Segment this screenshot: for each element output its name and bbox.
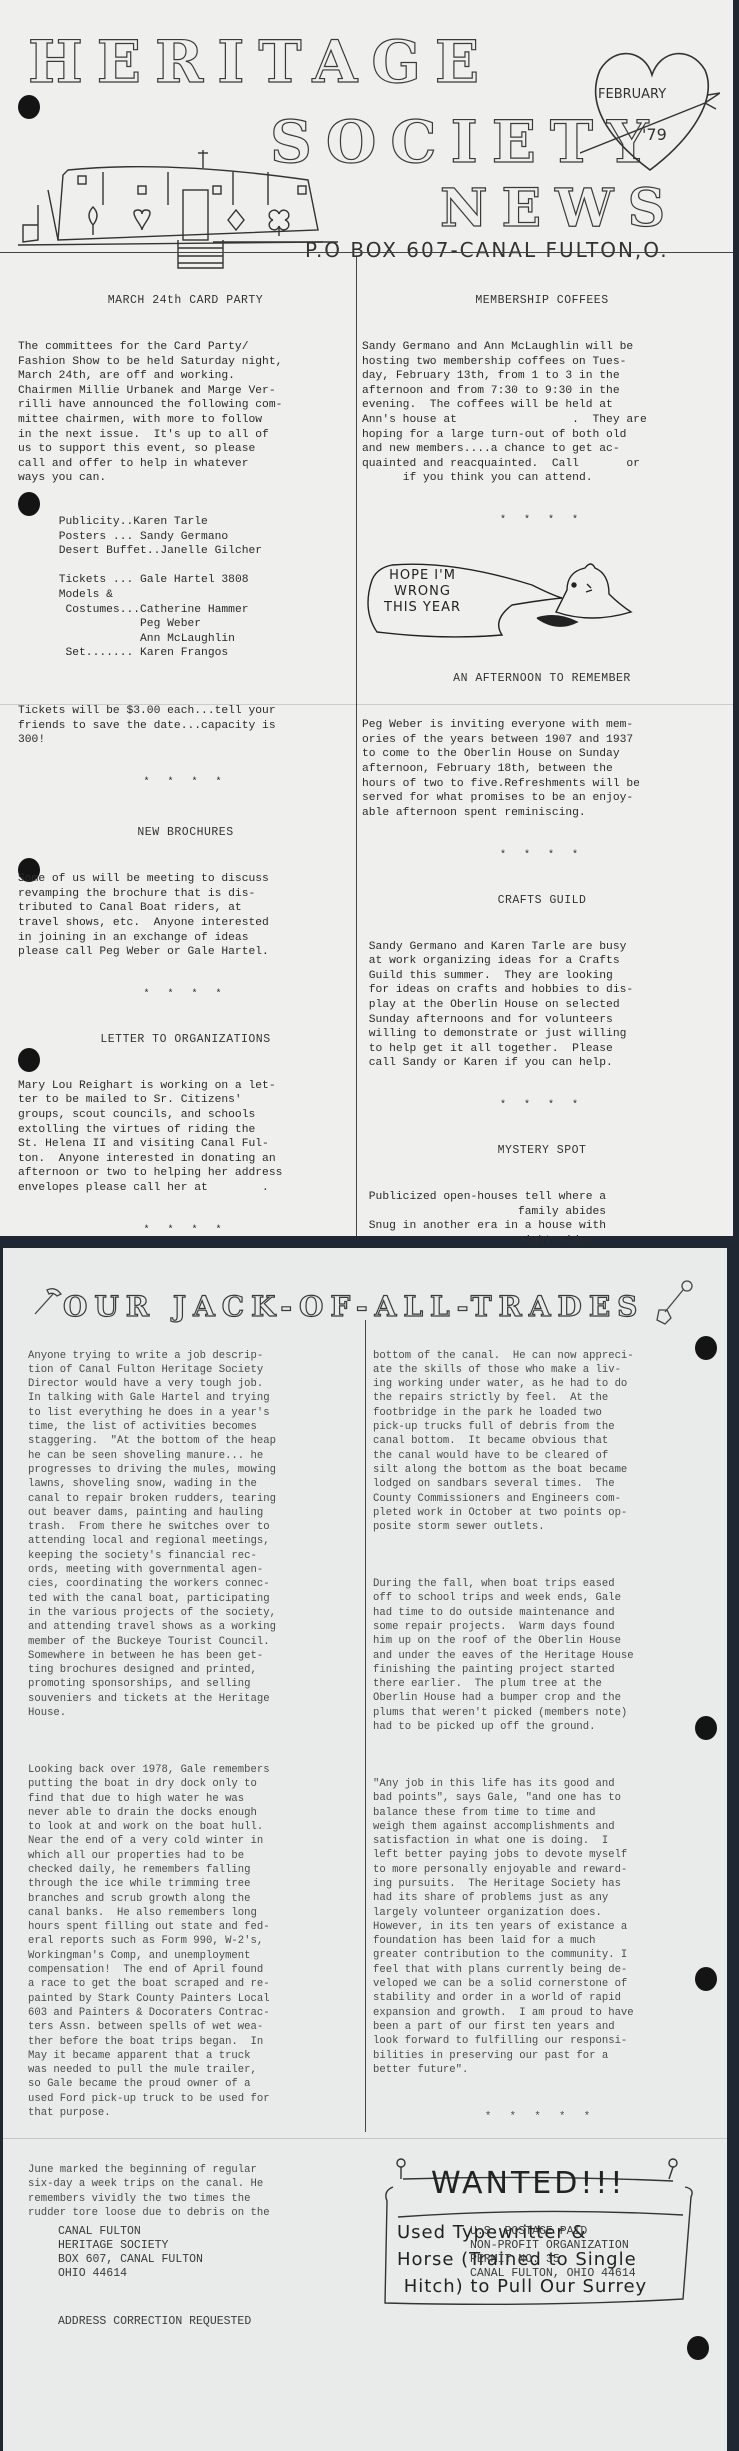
heading-new-brochures: NEW BROCHURES — [18, 826, 353, 841]
address-correction-notice: ADDRESS CORRECTION REQUESTED — [58, 2315, 251, 2329]
feature-title: OUR JACK-OF-ALL-TRADES — [63, 1290, 644, 1323]
heading-afternoon-to-remember: AN AFTERNOON TO REMEMBER — [362, 672, 722, 687]
return-address: CANAL FULTON HERITAGE SOCIETY BOX 607, C… — [58, 2225, 203, 2281]
letter-body: Mary Lou Reighart is working on a let- t… — [18, 1079, 353, 1196]
cartoon-caption: HOPE I'M WRONG THIS YEAR — [384, 568, 461, 616]
column-divider — [356, 256, 357, 1236]
section-separator: * * * * — [18, 777, 353, 789]
feature-paragraph: bottom of the canal. He can now appreci-… — [373, 1349, 708, 1535]
card-party-committees: Publicity..Karen Tarle Posters ... Sandy… — [18, 515, 353, 661]
masthead-divider — [0, 252, 733, 253]
section-separator: * * * * * — [373, 2110, 708, 2124]
crafts-body: Sandy Germano and Karen Tarle are busy a… — [362, 940, 722, 1071]
masthead-title-heritage: HERITAGE — [28, 28, 493, 96]
wanted-title: WANTED!!! — [431, 2177, 625, 2191]
section-separator: * * * * — [18, 989, 353, 1001]
coffees-body: Sandy Germano and Ann McLaughlin will be… — [362, 340, 722, 486]
heart-date-badge: FEBRUARY '79 — [580, 45, 720, 180]
feature-paragraph: During the fall, when boat trips eased o… — [373, 1577, 708, 1734]
heart-arrow-icon — [580, 45, 720, 180]
feature-column-left: Anyone trying to write a job descrip- ti… — [28, 1320, 358, 2263]
card-party-body: The committees for the Card Party/ Fashi… — [18, 340, 353, 486]
masthead-address: P.O BOX 607-CANAL FULTON,O. — [305, 238, 669, 262]
heading-letter-to-organizations: LETTER TO ORGANIZATIONS — [18, 1033, 353, 1048]
feature-paragraph: "Any job in this life has its good and b… — [373, 1777, 708, 2077]
section-separator: * * * * — [362, 1100, 722, 1112]
heading-card-party: MARCH 24th CARD PARTY — [18, 294, 353, 309]
punch-hole — [687, 2336, 709, 2360]
column-divider — [365, 1320, 366, 2132]
punch-hole — [18, 95, 40, 119]
feature-paragraph: Looking back over 1978, Gale remembers p… — [28, 1763, 358, 2120]
section-separator: * * * * — [362, 515, 722, 527]
hammer-icon — [31, 1286, 67, 1323]
postage-indicia: U.S. POSTAGE PAID NON-PROFIT ORGANIZATIO… — [470, 2225, 636, 2281]
feature-column-right: bottom of the canal. He can now appreci-… — [373, 1320, 708, 2335]
afternoon-body: Peg Weber is inviting everyone with mem-… — [362, 718, 722, 820]
heading-crafts-guild: CRAFTS GUILD — [362, 894, 722, 909]
newsletter-page-1: HERITAGE SOCIETY NEWS FEBRUARY '79 — [0, 0, 733, 1236]
feature-paragraph: June marked the beginning of regular six… — [28, 2163, 358, 2220]
section-separator: * * * * — [18, 1225, 353, 1237]
heart-year: '79 — [642, 125, 667, 144]
brochures-body: Some of us will be meeting to discuss re… — [18, 872, 353, 960]
groundhog-cartoon: HOPE I'M WRONG THIS YEAR — [362, 560, 722, 638]
masthead-title-news: NEWS — [440, 178, 679, 239]
feature-paragraph: Anyone trying to write a job descrip- ti… — [28, 1349, 358, 1721]
heading-membership-coffees: MEMBERSHIP COFFEES — [362, 294, 722, 309]
heading-mystery-spot: MYSTERY SPOT — [362, 1144, 722, 1159]
heart-month: FEBRUARY — [598, 87, 666, 102]
section-separator: * * * * — [362, 850, 722, 862]
card-party-tickets: Tickets will be $3.00 each...tell your f… — [18, 704, 353, 748]
